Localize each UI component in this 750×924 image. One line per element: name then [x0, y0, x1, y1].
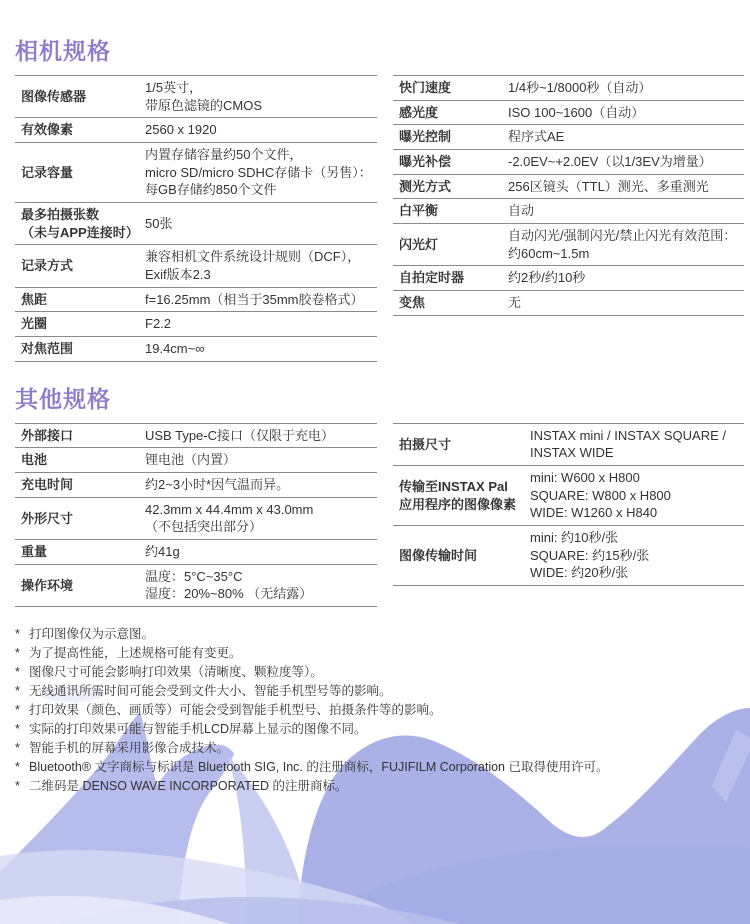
spec-label: 拍摄尺寸	[393, 423, 530, 465]
spec-value-line: 程序式AE	[508, 128, 742, 146]
spec-value: 自动闪光/强制闪光/禁止闪光有效范围：约60cm~1.5m	[508, 224, 744, 266]
spec-label-line: 传输至INSTAX Pal	[399, 478, 528, 496]
spec-row: 快门速度1/4秒~1/8000秒（自动）	[393, 76, 744, 101]
spec-value-line: 自动	[508, 202, 742, 220]
footnote-text: 无线通讯所需时间可能会受到文件大小、智能手机型号等的影响。	[29, 682, 392, 701]
spec-value-line: SQUARE: 约15秒/张	[530, 547, 742, 565]
spec-label: 对焦范围	[15, 337, 145, 362]
spec-value-line: 1/4秒~1/8000秒（自动）	[508, 79, 742, 97]
footnote-item: *二维码是 DENSO WAVE INCORPORATED 的注册商标。	[15, 777, 738, 796]
spec-value-line: USB Type-C接口（仅限于充电）	[145, 427, 375, 445]
spec-label-line: （未与APP连接时）	[21, 224, 143, 242]
spec-value-line: 无	[508, 294, 742, 312]
footnote-text: 打印效果（颜色、画质等）可能会受到智能手机型号、拍摄条件等的影响。	[29, 701, 442, 720]
spec-value: 50张	[145, 203, 377, 245]
footnote-marker: *	[15, 644, 29, 663]
spec-row: 曝光控制程序式AE	[393, 125, 744, 150]
spec-row: 曝光补偿-2.0EV~+2.0EV（以1/3EV为增量）	[393, 150, 744, 175]
spec-row: 闪光灯自动闪光/强制闪光/禁止闪光有效范围：约60cm~1.5m	[393, 224, 744, 266]
spec-label: 外形尺寸	[15, 497, 145, 539]
spec-value-line: 约60cm~1.5m	[508, 245, 742, 263]
spec-label-line: 电池	[21, 451, 143, 469]
spec-label: 焦距	[15, 287, 145, 312]
spec-value-line: F2.2	[145, 315, 375, 333]
footnote-item: *打印效果（颜色、画质等）可能会受到智能手机型号、拍摄条件等的影响。	[15, 701, 738, 720]
spec-row: 最多拍摄张数（未与APP连接时）50张	[15, 203, 377, 245]
footnote-marker: *	[15, 777, 29, 796]
spec-label-line: 记录方式	[21, 257, 143, 275]
footnote-marker: *	[15, 720, 29, 739]
section-other-specs: 其他规格 外部接口USB Type-C接口（仅限于充电）电池锂电池（内置）充电时…	[0, 381, 750, 607]
spec-row: 变焦无	[393, 291, 744, 316]
spec-label-line: 拍摄尺寸	[399, 436, 528, 454]
spec-label: 白平衡	[393, 199, 508, 224]
footnote-marker: *	[15, 758, 29, 777]
spec-label-line: 记录容量	[21, 164, 143, 182]
spec-label-line: 有效像素	[21, 121, 143, 139]
spec-value: mini: W600 x H800SQUARE: W800 x H800WIDE…	[530, 466, 744, 526]
spec-label-line: 外形尺寸	[21, 510, 143, 528]
footnote-marker: *	[15, 739, 29, 758]
spec-value-line: f=16.25mm（相当于35mm胶卷格式）	[145, 291, 375, 309]
spec-value: -2.0EV~+2.0EV（以1/3EV为增量）	[508, 150, 744, 175]
footnote-marker: *	[15, 625, 29, 644]
spec-value: 1/5英寸，带原色滤镜的CMOS	[145, 76, 377, 118]
spec-value: 19.4cm~∞	[145, 337, 377, 362]
spec-label: 自拍定时器	[393, 266, 508, 291]
spec-label: 感光度	[393, 100, 508, 125]
spec-label-line: 白平衡	[399, 202, 506, 220]
spec-value-line: WIDE: 约20秒/张	[530, 564, 742, 582]
footnote-marker: *	[15, 701, 29, 720]
spec-label: 重量	[15, 540, 145, 565]
spec-row: 有效像素2560 x 1920	[15, 118, 377, 143]
spec-value-line: ISO 100~1600（自动）	[508, 104, 742, 122]
spec-value: f=16.25mm（相当于35mm胶卷格式）	[145, 287, 377, 312]
spec-value: 内置存储容量约50个文件，micro SD/micro SDHC存储卡（另售）：…	[145, 143, 377, 203]
spec-row: 记录方式兼容相机文件系统设计规则（DCF），Exif版本2.3	[15, 245, 377, 287]
spec-value-line: WIDE: W1260 x H840	[530, 504, 742, 522]
spec-label: 最多拍摄张数（未与APP连接时）	[15, 203, 145, 245]
spec-row: 传输至INSTAX Pal应用程序的图像像素mini: W600 x H800S…	[393, 466, 744, 526]
other-specs-right-table: 拍摄尺寸INSTAX mini / INSTAX SQUARE /INSTAX …	[393, 423, 744, 586]
spec-label: 图像传输时间	[393, 526, 530, 586]
spec-value-line: 约41g	[145, 543, 375, 561]
spec-label-line: 重量	[21, 543, 143, 561]
spec-value: USB Type-C接口（仅限于充电）	[145, 423, 377, 448]
spec-value-line: -2.0EV~+2.0EV（以1/3EV为增量）	[508, 153, 742, 171]
spec-row: 光圈F2.2	[15, 312, 377, 337]
camera-specs-columns: 图像传感器1/5英寸，带原色滤镜的CMOS有效像素2560 x 1920记录容量…	[0, 75, 750, 362]
footnote-item: *无线通讯所需时间可能会受到文件大小、智能手机型号等的影响。	[15, 682, 738, 701]
spec-value-line: 42.3mm x 44.4mm x 43.0mm	[145, 501, 375, 519]
camera-specs-right-table: 快门速度1/4秒~1/8000秒（自动）感光度ISO 100~1600（自动）曝…	[393, 75, 744, 316]
spec-label-line: 外部接口	[21, 427, 143, 445]
camera-specs-left-table: 图像传感器1/5英寸，带原色滤镜的CMOS有效像素2560 x 1920记录容量…	[15, 75, 377, 362]
spec-label-line: 变焦	[399, 294, 506, 312]
spec-row: 白平衡自动	[393, 199, 744, 224]
footnote-text: 图像尺寸可能会影响打印效果（清晰度、颗粒度等）。	[29, 663, 323, 682]
spec-value: 程序式AE	[508, 125, 744, 150]
spec-label: 记录方式	[15, 245, 145, 287]
spec-value: 256区镜头（TTL）测光、多重测光	[508, 174, 744, 199]
spec-label: 充电时间	[15, 473, 145, 498]
spec-label-line: 最多拍摄张数	[21, 206, 143, 224]
spec-row: 外部接口USB Type-C接口（仅限于充电）	[15, 423, 377, 448]
spec-row: 充电时间约2~3小时*因气温而异。	[15, 473, 377, 498]
spec-row: 电池锂电池（内置）	[15, 448, 377, 473]
spec-value: 兼容相机文件系统设计规则（DCF），Exif版本2.3	[145, 245, 377, 287]
spec-value-line: Exif版本2.3	[145, 266, 375, 284]
footnote-text: 打印图像仅为示意图。	[29, 625, 154, 644]
spec-value: 约2~3小时*因气温而异。	[145, 473, 377, 498]
spec-label-line: 对焦范围	[21, 340, 143, 358]
spec-row: 焦距f=16.25mm（相当于35mm胶卷格式）	[15, 287, 377, 312]
spec-label: 操作环境	[15, 564, 145, 606]
spec-label-line: 光圈	[21, 315, 143, 333]
spec-label-line: 闪光灯	[399, 236, 506, 254]
spec-label-line: 感光度	[399, 104, 506, 122]
footnote-item: *实际的打印效果可能与智能手机LCD屏幕上显示的图像不同。	[15, 720, 738, 739]
other-specs-left-table: 外部接口USB Type-C接口（仅限于充电）电池锂电池（内置）充电时间约2~3…	[15, 423, 377, 607]
spec-value-line: 自动闪光/强制闪光/禁止闪光有效范围：	[508, 227, 742, 245]
spec-value-line: 锂电池（内置）	[145, 451, 375, 469]
footnote-item: *图像尺寸可能会影响打印效果（清晰度、颗粒度等）。	[15, 663, 738, 682]
footnote-text: 实际的打印效果可能与智能手机LCD屏幕上显示的图像不同。	[29, 720, 367, 739]
spec-row: 重量约41g	[15, 540, 377, 565]
spec-value-line: 19.4cm~∞	[145, 340, 375, 358]
spec-row: 拍摄尺寸INSTAX mini / INSTAX SQUARE /INSTAX …	[393, 423, 744, 465]
spec-value: 约41g	[145, 540, 377, 565]
spec-label: 测光方式	[393, 174, 508, 199]
footnote-item: *为了提高性能，上述规格可能有变更。	[15, 644, 738, 663]
spec-row: 测光方式256区镜头（TTL）测光、多重测光	[393, 174, 744, 199]
spec-value: 约2秒/约10秒	[508, 266, 744, 291]
spec-label-line: 图像传输时间	[399, 547, 528, 565]
spec-value: 42.3mm x 44.4mm x 43.0mm（不包括突出部分）	[145, 497, 377, 539]
other-specs-title: 其他规格	[15, 381, 750, 414]
spec-value: 自动	[508, 199, 744, 224]
spec-page: 相机规格 图像传感器1/5英寸，带原色滤镜的CMOS有效像素2560 x 192…	[0, 0, 750, 796]
spec-value-line: 约2秒/约10秒	[508, 269, 742, 287]
spec-value: 2560 x 1920	[145, 118, 377, 143]
spec-row: 感光度ISO 100~1600（自动）	[393, 100, 744, 125]
footnote-item: *打印图像仅为示意图。	[15, 625, 738, 644]
spec-label: 传输至INSTAX Pal应用程序的图像像素	[393, 466, 530, 526]
spec-label: 光圈	[15, 312, 145, 337]
footnote-item: *智能手机的屏幕采用影像合成技术。	[15, 739, 738, 758]
spec-row: 图像传输时间mini: 约10秒/张SQUARE: 约15秒/张WIDE: 约2…	[393, 526, 744, 586]
spec-label: 快门速度	[393, 76, 508, 101]
spec-row: 图像传感器1/5英寸，带原色滤镜的CMOS	[15, 76, 377, 118]
camera-specs-title: 相机规格	[15, 33, 750, 66]
spec-value-line: 1/5英寸，	[145, 79, 375, 97]
spec-label-line: 应用程序的图像像素	[399, 496, 528, 514]
spec-label-line: 自拍定时器	[399, 269, 506, 287]
spec-value-line: 内置存储容量约50个文件，	[145, 146, 375, 164]
spec-value-line: micro SD/micro SDHC存储卡（另售）：	[145, 164, 375, 182]
spec-row: 外形尺寸42.3mm x 44.4mm x 43.0mm（不包括突出部分）	[15, 497, 377, 539]
spec-label: 有效像素	[15, 118, 145, 143]
spec-value-line: INSTAX WIDE	[530, 444, 742, 462]
spec-value-line: 每GB存储约850个文件	[145, 181, 375, 199]
spec-row: 对焦范围19.4cm~∞	[15, 337, 377, 362]
spec-label: 曝光补偿	[393, 150, 508, 175]
spec-label-line: 充电时间	[21, 476, 143, 494]
spec-label: 记录容量	[15, 143, 145, 203]
spec-value-line: 带原色滤镜的CMOS	[145, 97, 375, 115]
spec-label: 变焦	[393, 291, 508, 316]
footnote-text: 二维码是 DENSO WAVE INCORPORATED 的注册商标。	[29, 777, 348, 796]
spec-value-line: 约2~3小时*因气温而异。	[145, 476, 375, 494]
spec-row: 操作环境温度：5°C~35°C湿度：20%~80% （无结露）	[15, 564, 377, 606]
spec-value-line: 温度：5°C~35°C	[145, 568, 375, 586]
spec-label-line: 图像传感器	[21, 88, 143, 106]
spec-label-line: 焦距	[21, 291, 143, 309]
spec-value: 1/4秒~1/8000秒（自动）	[508, 76, 744, 101]
spec-value: ISO 100~1600（自动）	[508, 100, 744, 125]
spec-value: F2.2	[145, 312, 377, 337]
spec-label: 外部接口	[15, 423, 145, 448]
footnote-item: *Bluetooth® 文字商标与标识是 Bluetooth SIG, Inc.…	[15, 758, 738, 777]
spec-value: 锂电池（内置）	[145, 448, 377, 473]
other-specs-columns: 外部接口USB Type-C接口（仅限于充电）电池锂电池（内置）充电时间约2~3…	[0, 423, 750, 607]
spec-label-line: 曝光控制	[399, 128, 506, 146]
section-camera-specs: 相机规格 图像传感器1/5英寸，带原色滤镜的CMOS有效像素2560 x 192…	[0, 33, 750, 362]
spec-label-line: 快门速度	[399, 79, 506, 97]
spec-label: 曝光控制	[393, 125, 508, 150]
spec-value-line: 2560 x 1920	[145, 121, 375, 139]
spec-value: 温度：5°C~35°C湿度：20%~80% （无结露）	[145, 564, 377, 606]
footnote-text: 智能手机的屏幕采用影像合成技术。	[29, 739, 229, 758]
spec-value-line: 50张	[145, 215, 375, 233]
footnotes-list: *打印图像仅为示意图。*为了提高性能，上述规格可能有变更。*图像尺寸可能会影响打…	[15, 625, 738, 796]
spec-value: 无	[508, 291, 744, 316]
spec-value-line: mini: 约10秒/张	[530, 529, 742, 547]
spec-value-line: 湿度：20%~80% （无结露）	[145, 585, 375, 603]
spec-value: mini: 约10秒/张SQUARE: 约15秒/张WIDE: 约20秒/张	[530, 526, 744, 586]
spec-label: 电池	[15, 448, 145, 473]
spec-value-line: （不包括突出部分）	[145, 518, 375, 536]
spec-value-line: INSTAX mini / INSTAX SQUARE /	[530, 427, 742, 445]
spec-value: INSTAX mini / INSTAX SQUARE /INSTAX WIDE	[530, 423, 744, 465]
spec-value-line: mini: W600 x H800	[530, 469, 742, 487]
spec-label-line: 测光方式	[399, 178, 506, 196]
footnote-text: Bluetooth® 文字商标与标识是 Bluetooth SIG, Inc. …	[29, 758, 609, 777]
spec-label: 图像传感器	[15, 76, 145, 118]
footnote-marker: *	[15, 682, 29, 701]
footnote-marker: *	[15, 663, 29, 682]
spec-row: 记录容量内置存储容量约50个文件，micro SD/micro SDHC存储卡（…	[15, 143, 377, 203]
spec-row: 自拍定时器约2秒/约10秒	[393, 266, 744, 291]
spec-label-line: 曝光补偿	[399, 153, 506, 171]
spec-value-line: 兼容相机文件系统设计规则（DCF），	[145, 248, 375, 266]
spec-value-line: 256区镜头（TTL）测光、多重测光	[508, 178, 742, 196]
spec-label: 闪光灯	[393, 224, 508, 266]
spec-label-line: 操作环境	[21, 577, 143, 595]
footnote-text: 为了提高性能，上述规格可能有变更。	[29, 644, 242, 663]
spec-value-line: SQUARE: W800 x H800	[530, 487, 742, 505]
